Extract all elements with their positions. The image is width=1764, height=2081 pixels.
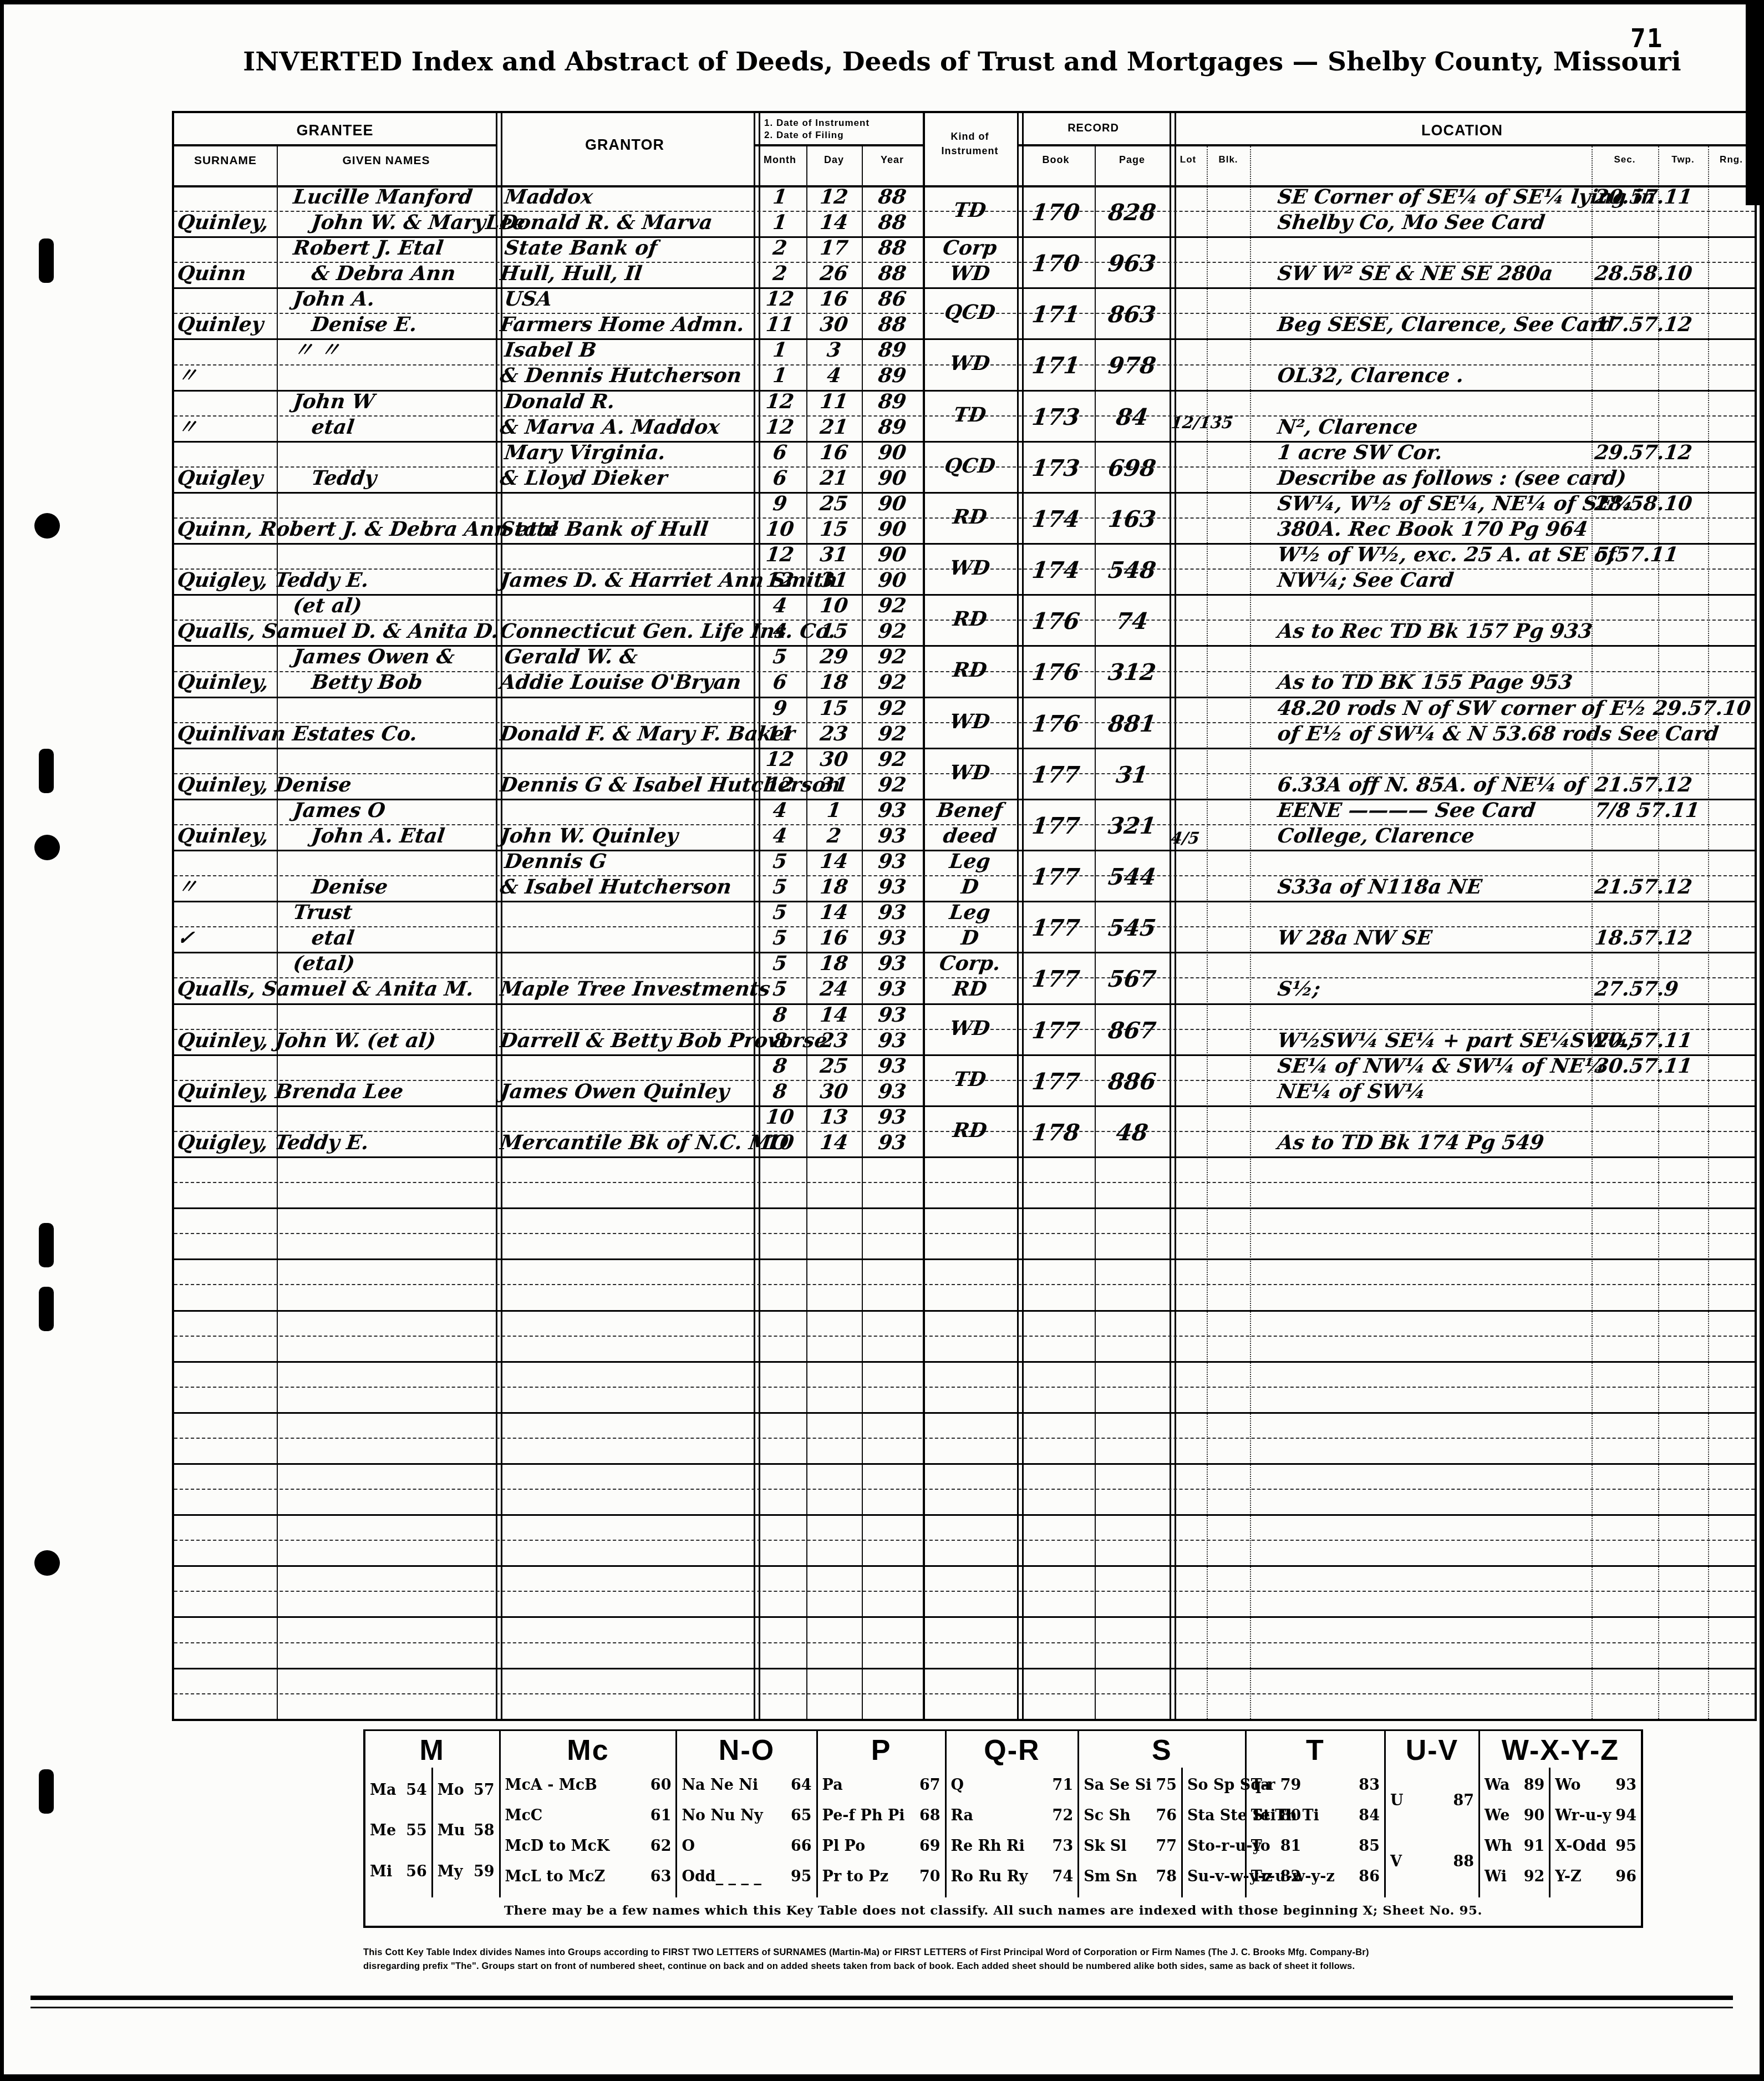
entry-field: W½ of W½, exc. 25 A. at SE of	[1276, 542, 1618, 567]
entry-field: SW W² SE & NE SE 280a	[1276, 261, 1554, 286]
key-entry-label: Re Rh Ri	[951, 1838, 1025, 1855]
entry-field: 163	[1093, 506, 1171, 532]
key-table-note: There may be a few names which this Key …	[365, 1897, 1641, 1926]
entry-field: 867	[1093, 1018, 1171, 1043]
entry-field: Leg	[921, 849, 1019, 874]
entry-field: 321	[1093, 813, 1171, 839]
scan-edge-left	[0, 0, 4, 2081]
entry-field: 14	[805, 900, 863, 925]
entry-field: 8	[752, 1079, 808, 1104]
entry-field: Isabel B	[503, 337, 598, 363]
date-header-2: 2. Date of Filing	[756, 130, 931, 141]
entry-field: Quinley, Brenda Lee	[176, 1079, 405, 1104]
entry-field: 26	[805, 261, 863, 286]
binder-mark	[39, 1769, 54, 1814]
key-entry-sheet-number: 58	[474, 1822, 495, 1839]
ledger-entry-row: Quinn, Robert J. & Debra Ann etalState B…	[174, 492, 1755, 543]
entry-field: 90	[860, 465, 924, 491]
entry-field: RD	[921, 504, 1019, 530]
key-entry-sheet-number: 67	[919, 1777, 941, 1794]
key-group-column: U87V88	[1386, 1768, 1478, 1897]
entry-field: NE¼ of SW¼	[1276, 1079, 1427, 1104]
row-rule	[174, 1489, 1755, 1490]
key-entry: Mi56	[370, 1863, 427, 1880]
entry-field: RD	[921, 606, 1019, 632]
ledger-entry-row: QuinnRobert J. Etal& Debra AnnState Bank…	[174, 236, 1755, 287]
key-entry: Te Th Ti84	[1251, 1807, 1380, 1824]
key-entry: To85	[1251, 1838, 1380, 1855]
entry-field: Shelby Co, Mo See Card	[1276, 210, 1547, 235]
col-location: LOCATION	[1170, 122, 1755, 139]
row-rule	[174, 1668, 1755, 1669]
location-underline	[1170, 144, 1755, 146]
key-entry-sheet-number: 73	[1053, 1838, 1074, 1855]
col-day: Day	[806, 154, 862, 166]
key-entry-label: Y-Z	[1555, 1868, 1581, 1885]
entry-field: 174	[1015, 506, 1096, 532]
binder-hole	[34, 835, 60, 860]
entry-field: 24	[805, 976, 863, 1002]
entry-field: (et al)	[292, 593, 363, 618]
key-entry: McC61	[505, 1807, 672, 1824]
key-group-n-o: N-ONa Ne Ni64No Nu Ny65O66Odd_ _ _ _95	[677, 1731, 817, 1897]
date-header-1: 1. Date of Instrument	[756, 118, 931, 129]
key-entry-label: My	[438, 1863, 463, 1880]
key-group-t: TTa83Te Th Ti84To85Tr-u-w-y-z86	[1247, 1731, 1386, 1897]
key-entry: Re Rh Ri73	[951, 1838, 1074, 1855]
entry-field: 48.20 rods N of SW corner of E½ 29.57.10	[1276, 696, 1752, 721]
entry-field: Maple Tree Investments	[499, 976, 771, 1002]
row-rule	[174, 1693, 1755, 1694]
col-blk: Blk.	[1207, 154, 1250, 165]
entry-field: (etal)	[292, 951, 356, 976]
entry-field: 698	[1093, 455, 1171, 481]
entry-field: QCD	[921, 300, 1019, 325]
row-rule	[174, 1284, 1755, 1285]
key-entry-sheet-number: 62	[650, 1838, 672, 1855]
entry-field: 3	[805, 337, 863, 363]
key-group-p: PPa67Pe-f Ph Pi68Pl Po69Pr to Pz70	[818, 1731, 947, 1897]
row-rule	[174, 1642, 1755, 1643]
col-given-names: GIVEN NAMES	[277, 154, 496, 168]
entry-field: 171	[1015, 302, 1096, 327]
col-kind-1: Kind of	[923, 131, 1017, 143]
entry-field: WD	[921, 261, 1019, 286]
entry-field: TD	[921, 402, 1019, 428]
entry-field: WD	[921, 709, 1019, 734]
entry-field: S½;	[1276, 976, 1321, 1002]
entry-field: 25	[805, 1053, 863, 1079]
entry-field: 10	[752, 516, 808, 542]
entry-field: 28.58.10	[1593, 261, 1694, 286]
entry-field: 4	[805, 363, 863, 388]
entry-field: OL32, Clarence .	[1276, 363, 1465, 388]
key-entry-label: Sc Sh	[1084, 1807, 1130, 1824]
binder-mark	[39, 749, 54, 793]
entry-field: 18	[805, 951, 863, 976]
page-title: INVERTED Index and Abstract of Deeds, De…	[172, 47, 1752, 77]
entry-field: SE¼ of NW¼ & SW¼ of NE¼	[1276, 1053, 1607, 1079]
col-year: Year	[862, 154, 923, 166]
col-record: RECORD	[1017, 122, 1170, 135]
entry-field: 10	[805, 593, 863, 618]
entry-field: Quinley,	[176, 210, 270, 235]
entry-field: 173	[1015, 404, 1096, 430]
key-entry-sheet-number: 92	[1524, 1868, 1545, 1885]
entry-field: Maddox	[503, 184, 594, 210]
entry-field: Qualls, Samuel D. & Anita D.	[176, 618, 500, 644]
scanned-ledger-page: 71 INVERTED Index and Abstract of Deeds,…	[0, 0, 1764, 2081]
entry-field: RD	[921, 1118, 1019, 1143]
key-group-m: MMa54Me55Mi56Mo57Mu58My59	[365, 1731, 501, 1897]
entry-field: Denise E.	[310, 312, 418, 337]
entry-field: 963	[1093, 251, 1171, 276]
entry-field: 88	[860, 261, 924, 286]
key-entry: Pl Po69	[822, 1838, 941, 1855]
entry-field: 16	[805, 925, 863, 951]
entry-field: 74	[1093, 608, 1171, 634]
bottom-rule-heavy	[30, 1996, 1733, 2000]
entry-field: 863	[1093, 302, 1171, 327]
entry-field: 2	[752, 261, 808, 286]
ledger-entry-row: Quinley,Lucille ManfordJohn W. & MaryLee…	[174, 185, 1755, 236]
entry-field: 86	[860, 286, 924, 312]
key-entry-label: Odd_ _ _ _	[682, 1868, 761, 1885]
entry-field: 92	[860, 747, 924, 772]
entry-field: 20.57.11	[1593, 184, 1694, 210]
entry-field: 545	[1093, 915, 1171, 941]
key-entry-sheet-number: 72	[1053, 1807, 1074, 1824]
scan-edge-right	[1760, 0, 1764, 2081]
entry-field: 6	[752, 465, 808, 491]
key-entry-sheet-number: 88	[1453, 1853, 1474, 1870]
entry-field: 15	[805, 516, 863, 542]
key-entry-label: Sk Sl	[1084, 1838, 1126, 1855]
ledger-entry-row: Qualls, Samuel & Anita M.(etal)Maple Tre…	[174, 952, 1755, 1003]
key-entry-sheet-number: 63	[650, 1868, 672, 1885]
row-rule	[174, 1336, 1755, 1337]
key-group-columns: Q71Ra72Re Rh Ri73Ro Ru Ry74	[947, 1768, 1078, 1897]
key-entry-label: O	[682, 1838, 695, 1855]
entry-field: 170	[1015, 251, 1096, 276]
key-entry-sheet-number: 74	[1053, 1868, 1074, 1885]
key-entry-label: Wo	[1555, 1777, 1580, 1794]
entry-field: 23	[805, 1028, 863, 1053]
entry-field: 14	[805, 849, 863, 874]
key-entry: Pe-f Ph Pi68	[822, 1807, 941, 1824]
key-entry: U87	[1390, 1792, 1474, 1809]
entry-field: W 28a NW SE	[1276, 925, 1433, 951]
entry-field: Hull, Hull, Il	[499, 261, 643, 286]
entry-field: John W. & MaryLee	[310, 210, 527, 235]
row-rule	[174, 1258, 1755, 1260]
key-group-column: McA - McB60McC61McD to McK62McL to McZ63	[501, 1768, 676, 1897]
row-rule	[174, 1412, 1755, 1414]
key-entry: Tr-u-w-y-z86	[1251, 1868, 1380, 1885]
ledger-entry-row: Quinley, Brenda LeeJames Owen Quinley825…	[174, 1054, 1755, 1105]
entry-field: 93	[860, 1053, 924, 1079]
entry-field: 〃	[176, 874, 199, 900]
entry-field: Donald R.	[503, 389, 616, 414]
ledger-table: GRANTEE SURNAME GIVEN NAMES GRANTOR 1. D…	[172, 111, 1757, 1721]
key-entry-sheet-number: 77	[1156, 1838, 1177, 1855]
row-rule	[174, 1207, 1755, 1209]
entry-field: 23	[805, 721, 863, 747]
entry-field: 1	[752, 210, 808, 235]
key-entry-label: Pl Po	[822, 1838, 866, 1855]
entry-field: 18.57.12	[1593, 925, 1694, 951]
entry-field: 90	[860, 440, 924, 465]
entry-field: 5	[752, 900, 808, 925]
key-entry: Wr-u-y94	[1555, 1807, 1636, 1824]
ledger-entry-row: Quigley, Teddy E.Mercantile Bk of N.C. M…	[174, 1105, 1755, 1156]
key-entry: Wi92	[1485, 1868, 1544, 1885]
ledger-entry-row: Quinley,James Owen &Betty BobGerald W. &…	[174, 645, 1755, 696]
entry-field: etal	[310, 414, 355, 440]
entry-field: 12	[752, 542, 808, 567]
entry-field: Quinley	[176, 312, 265, 337]
key-entry-label: McA - McB	[505, 1777, 597, 1794]
entry-field: 21	[805, 465, 863, 491]
entry-field: & Marva A. Maddox	[499, 414, 721, 440]
binder-mark	[39, 1223, 54, 1267]
entry-field: N², Clarence	[1276, 414, 1419, 440]
entry-field: Farmers Home Admn.	[499, 312, 746, 337]
row-rule	[174, 1514, 1755, 1516]
entry-field: 177	[1015, 1069, 1096, 1094]
entry-field: W½SW¼ SE¼ + part SE¼SW¼;	[1276, 1028, 1637, 1053]
entry-field: 25	[805, 491, 863, 516]
key-entry-sheet-number: 69	[919, 1838, 941, 1855]
key-entry: McD to McK62	[505, 1838, 672, 1855]
entry-field: 177	[1015, 864, 1096, 890]
entry-field: Leg	[921, 900, 1019, 925]
ledger-entry-row: Quigley, Teddy E.James D. & Harriet Ann …	[174, 543, 1755, 594]
col-page: Page	[1095, 154, 1170, 166]
entry-field: 〃	[176, 414, 199, 440]
key-entry-label: Ra	[951, 1807, 974, 1824]
entry-field: 28.58.10	[1593, 491, 1694, 516]
key-group-q-r: Q-RQ71Ra72Re Rh Ri73Ro Ru Ry74	[947, 1731, 1080, 1897]
col-grantor: GRANTOR	[496, 136, 754, 154]
entry-field: John A.	[292, 286, 376, 312]
entry-field: WD	[921, 760, 1019, 785]
entry-field: & Isabel Hutcherson	[499, 874, 733, 900]
bottom-rule-thin	[30, 2007, 1733, 2008]
row-rule	[174, 1463, 1755, 1465]
entry-field: 11	[752, 312, 808, 337]
key-entry-sheet-number: 95	[791, 1868, 812, 1885]
entry-field: 6.33A off N. 85A. of NE¼ of	[1276, 772, 1587, 798]
entry-field: 15	[805, 618, 863, 644]
entry-field: College, Clarence	[1276, 823, 1476, 849]
entry-field: 88	[860, 312, 924, 337]
entry-field: 93	[860, 874, 924, 900]
entry-field: 93	[860, 798, 924, 823]
entry-field: John A. Etal	[310, 823, 446, 849]
key-group-header: Mc	[501, 1731, 676, 1768]
key-group-header: T	[1247, 1731, 1384, 1768]
entry-field: 13	[805, 1104, 863, 1130]
entry-field: Benef	[921, 798, 1019, 823]
key-entry-sheet-number: 65	[791, 1807, 812, 1824]
entry-field: 8	[752, 1028, 808, 1053]
key-entry: O66	[682, 1838, 811, 1855]
entry-field: James O	[292, 798, 387, 823]
key-entry-sheet-number: 96	[1615, 1868, 1636, 1885]
entry-field: 171	[1015, 353, 1096, 378]
key-entry: Wa89	[1485, 1777, 1544, 1794]
key-entry: Wo93	[1555, 1777, 1636, 1794]
key-group-w-x-y-z: W-X-Y-ZWa89We90Wh91Wi92Wo93Wr-u-y94X-Odd…	[1480, 1731, 1641, 1897]
entry-field: 1	[752, 337, 808, 363]
key-entry-label: Ta	[1251, 1777, 1270, 1794]
key-entry-sheet-number: 93	[1615, 1777, 1636, 1794]
grantee-underline	[174, 144, 496, 146]
key-entry: V88	[1390, 1853, 1474, 1870]
key-entry-label: Pe-f Ph Pi	[822, 1807, 905, 1824]
entry-field: 89	[860, 337, 924, 363]
key-group-column: Ma54Me55Mi56	[365, 1768, 431, 1897]
col-month: Month	[754, 154, 806, 166]
entry-field: 93	[860, 1130, 924, 1155]
entry-field: 6	[752, 440, 808, 465]
entry-field: ✓	[176, 925, 196, 951]
entry-field: 9	[752, 491, 808, 516]
entry-field: Denise	[310, 874, 389, 900]
key-entry-sheet-number: 91	[1524, 1838, 1545, 1855]
key-entry-sheet-number: 84	[1359, 1807, 1380, 1824]
entry-field: 31	[805, 567, 863, 593]
entry-field: 4	[752, 823, 808, 849]
entry-field: 14	[805, 210, 863, 235]
entry-field: Robert J. Etal	[292, 235, 445, 261]
entry-field: 〃	[176, 363, 199, 388]
entry-field: 17.57.12	[1593, 312, 1694, 337]
entry-field: Mary Virginia.	[503, 440, 667, 465]
ledger-entry-row: Quinley, John W. (et al)Darrell & Betty …	[174, 1003, 1755, 1054]
key-entry-sheet-number: 83	[1359, 1777, 1380, 1794]
key-entry-sheet-number: 64	[791, 1777, 812, 1794]
entry-field: & Debra Ann	[310, 261, 457, 286]
key-entry-label: No Nu Ny	[682, 1807, 762, 1824]
entry-field: Qualls, Samuel & Anita M.	[176, 976, 475, 1002]
key-entry-label: X-Odd	[1555, 1838, 1606, 1855]
key-entry-label: Tr-u-w-y-z	[1251, 1868, 1335, 1885]
key-entry-sheet-number: 60	[650, 1777, 672, 1794]
entry-field: 93	[860, 1104, 924, 1130]
key-group-columns: Sa Se Si75Sc Sh76Sk Sl77Sm Sn78So Sp Sq-…	[1079, 1768, 1245, 1897]
entry-field: Quinley, John W. (et al)	[176, 1028, 437, 1053]
entry-field: 88	[860, 210, 924, 235]
entry-field: 5	[752, 925, 808, 951]
key-entry-label: Mi	[370, 1863, 392, 1880]
entry-field: 16	[805, 286, 863, 312]
entry-field: 4	[752, 593, 808, 618]
entry-field: WD	[921, 1016, 1019, 1041]
entry-field: 7/8 57.11	[1593, 798, 1701, 823]
entry-field: 1	[752, 184, 808, 210]
entry-field: 12	[752, 772, 808, 798]
key-group-header: S	[1079, 1731, 1245, 1768]
key-entry: Sm Sn78	[1084, 1868, 1177, 1885]
key-entry-label: Me	[370, 1822, 396, 1839]
entry-field: 8	[752, 1053, 808, 1079]
entry-field: 173	[1015, 455, 1096, 481]
key-entry-sheet-number: 54	[406, 1781, 427, 1799]
key-entry: Ma54	[370, 1781, 427, 1799]
col-twp: Twp.	[1658, 154, 1708, 165]
binder-mark	[39, 1287, 54, 1331]
key-entry: Sc Sh76	[1084, 1807, 1177, 1824]
col-book: Book	[1017, 154, 1095, 166]
entry-field: EENE ———— See Card	[1276, 798, 1537, 823]
entry-field: 1 acre SW Cor.	[1276, 440, 1444, 465]
ledger-entry-row: Quinley, DeniseDennis G & Isabel Hutcher…	[174, 748, 1755, 799]
key-entry-label: McC	[505, 1807, 543, 1824]
key-group-columns: McA - McB60McC61McD to McK62McL to McZ63	[501, 1768, 676, 1897]
key-entry: Na Ne Ni64	[682, 1777, 811, 1794]
entry-field: 380A. Rec Book 170 Pg 964	[1276, 516, 1589, 542]
key-entry-sheet-number: 76	[1156, 1807, 1177, 1824]
entry-field: As to TD Bk 174 Pg 549	[1276, 1130, 1546, 1155]
entry-field: Quinley,	[176, 823, 270, 849]
key-group-column: Na Ne Ni64No Nu Ny65O66Odd_ _ _ _95	[677, 1768, 816, 1897]
ledger-entry-row: QuigleyTeddyMary Virginia.& Lloyd Dieker…	[174, 441, 1755, 492]
entry-field: 4/5	[1170, 825, 1201, 851]
key-group-columns: Ta83Te Th Ti84To85Tr-u-w-y-z86	[1247, 1768, 1384, 1897]
entry-field: 4	[752, 618, 808, 644]
row-rule	[174, 1591, 1755, 1592]
entry-field: TD	[921, 197, 1019, 223]
entry-field: Describe as follows : (see card)	[1276, 465, 1628, 491]
entry-field: 4	[752, 798, 808, 823]
key-entry: Y-Z96	[1555, 1868, 1636, 1885]
key-entry: McL to McZ63	[505, 1868, 672, 1885]
entry-field: 177	[1015, 1018, 1096, 1043]
entry-field: 1	[752, 363, 808, 388]
entry-field: Teddy	[310, 465, 378, 491]
entry-field: 93	[860, 925, 924, 951]
entry-field: 828	[1093, 200, 1171, 225]
key-entry-label: McD to McK	[505, 1838, 610, 1855]
entry-field: Quinley, Denise	[176, 772, 353, 798]
key-group-s: SSa Se Si75Sc Sh76Sk Sl77Sm Sn78So Sp Sq…	[1079, 1731, 1247, 1897]
key-entry-sheet-number: 70	[919, 1868, 941, 1885]
entry-field: 567	[1093, 966, 1171, 992]
entry-field: 6	[752, 669, 808, 695]
entry-field: 8	[752, 1002, 808, 1028]
key-table-groups: MMa54Me55Mi56Mo57Mu58My59McMcA - McB60Mc…	[365, 1731, 1641, 1897]
entry-field: 881	[1093, 711, 1171, 737]
row-rule	[174, 1540, 1755, 1541]
ledger-entry-row: 〃DeniseDennis G& Isabel Hutcherson514935…	[174, 850, 1755, 901]
entry-field: 93	[860, 1028, 924, 1053]
entry-field: 31	[1093, 762, 1171, 788]
entry-field: 176	[1015, 711, 1096, 737]
entry-field: 92	[860, 696, 924, 721]
entry-field: USA	[503, 286, 553, 312]
entry-field: 92	[860, 618, 924, 644]
key-entry-sheet-number: 78	[1156, 1868, 1177, 1885]
key-entry-label: To	[1251, 1838, 1270, 1855]
entry-field: 30	[805, 312, 863, 337]
entry-field: 93	[860, 823, 924, 849]
entry-field: 14	[805, 1002, 863, 1028]
entry-field: 12	[805, 184, 863, 210]
key-entry-label: Mu	[438, 1822, 465, 1839]
binder-hole	[34, 513, 60, 539]
